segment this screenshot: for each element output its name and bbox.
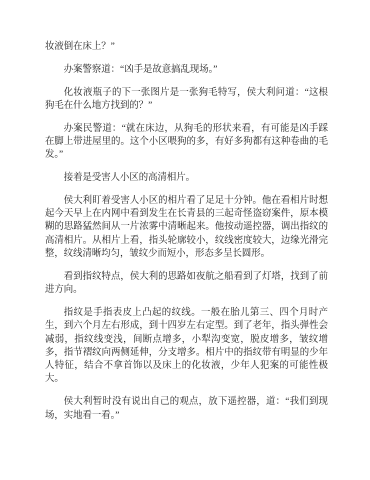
paragraph: 指纹是手指表皮上凸起的纹线。一般在胎儿第三、四个月时产生，到六个月左右形成，到十…: [45, 307, 328, 387]
reader-page: 妆液倒在床上？” 办案警察道：“凶手是故意搞乱现场。” 化妆液瓶子的下一张图片是…: [0, 0, 370, 480]
paragraph: 侯大利盯着受害人小区的相片看了足足十分钟。他在看相片时想起今天早上在内网中看到发…: [45, 195, 328, 261]
paragraph: 办案警察道：“凶手是故意搞乱现场。”: [45, 64, 328, 77]
paragraph: 妆液倒在床上？”: [45, 41, 328, 54]
paragraph: 化妆液瓶子的下一张图片是一张狗毛特写，侯大利问道：“这根狗毛在什么地方找到的？”: [45, 87, 328, 114]
paragraph: 办案民警道：“就在床边，从狗毛的形状来看，有可能是凶手踩在脚上带进屋里的。这个小…: [45, 123, 328, 163]
paragraph: 看到指纹特点，侯大利的思路如夜航之船看到了灯塔，找到了前进方向。: [45, 271, 328, 298]
book-text-block: 妆液倒在床上？” 办案警察道：“凶手是故意搞乱现场。” 化妆液瓶子的下一张图片是…: [45, 41, 328, 423]
paragraph: 侯大利暂时没有说出自己的观点，放下遥控器，道：“我们到现场，实地看一看。”: [45, 396, 328, 423]
paragraph: 接着是受害人小区的高清相片。: [45, 172, 328, 185]
